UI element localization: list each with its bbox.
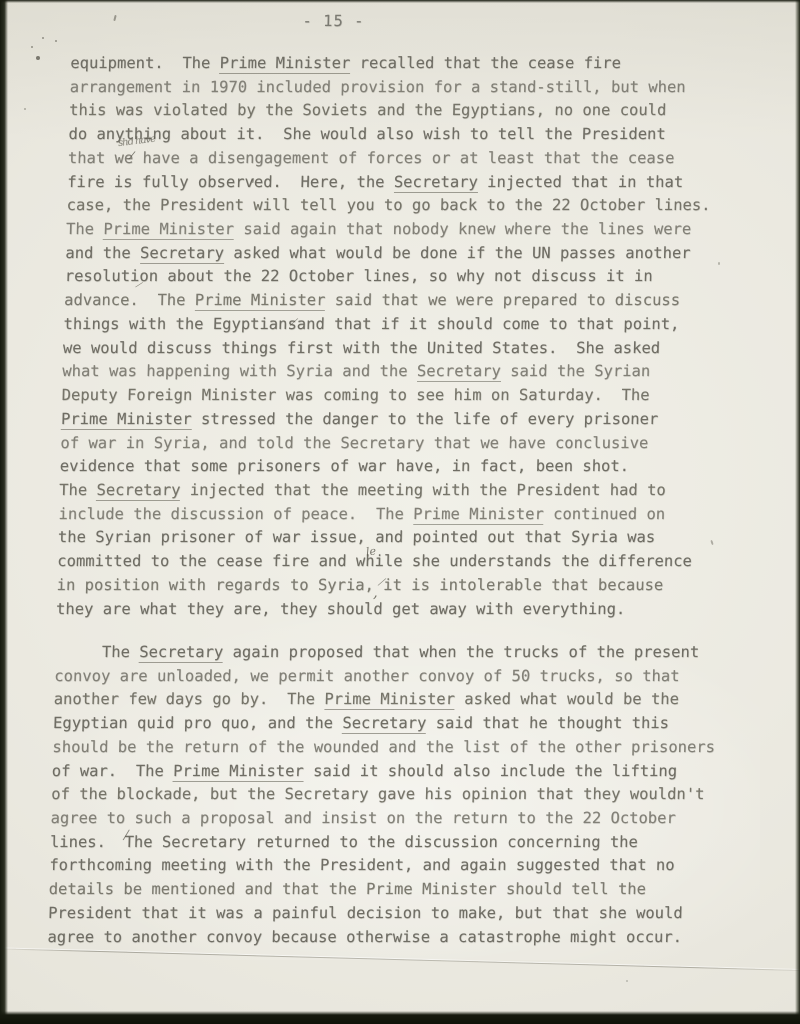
underlined-phrase: Secretary — [96, 481, 181, 501]
text-segment: they are what they are, they should get … — [56, 600, 626, 618]
paragraph: equipment. The Prime Minister recalled t… — [56, 52, 715, 621]
text-line: and the Secretary asked what would be do… — [65, 242, 710, 266]
text-line: President that it was a painful decision… — [48, 902, 711, 926]
text-line: evidence that some prisoners of war have… — [59, 455, 704, 479]
scan-edge-right — [795, 0, 800, 1024]
ink-speck — [24, 108, 26, 110]
text-segment: said again that nobody knew where the li… — [234, 220, 692, 238]
text-line: agree to another convoy because otherwis… — [47, 926, 710, 950]
text-segment: of the blockade, but the Secretary gave … — [51, 785, 705, 803]
text-segment: what was happening with Syria and the — [62, 362, 417, 380]
text-segment: arrangement in 1970 included provision f… — [69, 78, 685, 96]
text-line: another few days go by. The Prime Minist… — [53, 688, 716, 712]
text-segment: forthcoming meeting with the President, … — [49, 856, 675, 874]
text-segment: lines. The Secretary returned to the dis… — [50, 833, 638, 851]
text-segment: The — [66, 220, 104, 238]
text-segment: Deputy Foreign Minister was coming to se… — [61, 386, 649, 404]
ink-speck — [626, 980, 628, 982]
text-segment: President that it was a painful decision… — [48, 904, 683, 922]
text-segment: evidence that some prisoners of war have… — [60, 457, 630, 475]
text-segment: recalled that the cease fire — [350, 54, 621, 72]
text-line: of war in Syria, and told the Secretary … — [60, 432, 705, 456]
text-segment: injected that the meeting with the Presi… — [180, 481, 666, 499]
text-segment: this was violated by the Soviets and the… — [69, 101, 667, 119]
text-segment: another few days go by. The — [53, 690, 324, 708]
text-line: of the blockade, but the Secretary gave … — [51, 783, 714, 807]
underlined-phrase: Prime Minister — [219, 54, 350, 74]
text-line: Egyptian quid pro quo, and the Secretary… — [53, 712, 716, 736]
paragraph: The Secretary again proposed that when t… — [47, 641, 718, 949]
text-segment: do anything about it. She would also wis… — [68, 125, 666, 143]
text-segment: committed to the cease fire and while sh… — [57, 552, 692, 570]
text-segment: asked what would be done if the UN passe… — [224, 244, 691, 262]
text-segment: equipment. The — [70, 54, 220, 72]
text-segment: in position with regards to Syria, it is… — [56, 576, 663, 594]
text-line: should be the return of the wounded and … — [52, 736, 715, 760]
scanned-document-page: - 15 - equipment. The Prime Minister rec… — [0, 0, 800, 1024]
text-segment: things with the Egyptiansand that if it … — [63, 315, 679, 333]
text-line: The Secretary injected that the meeting … — [59, 479, 704, 503]
scan-edge-left — [0, 0, 8, 1024]
text-segment: advance. The — [64, 291, 195, 309]
text-segment: Egyptian quid pro quo, and the — [53, 714, 343, 732]
text-line: committed to the cease fire and while sh… — [57, 550, 702, 574]
ink-speck — [31, 46, 33, 48]
underlined-phrase: Prime Minister — [103, 220, 234, 240]
text-line: agree to such a proposal and insist on t… — [50, 807, 713, 831]
underlined-phrase: Secretary — [417, 362, 502, 382]
text-line: we would discuss things first with the U… — [63, 337, 708, 361]
text-segment: again proposed that when the trucks of t… — [223, 643, 699, 661]
text-line: resolution about the 22 October lines, s… — [64, 265, 709, 289]
underlined-phrase: Secretary — [394, 173, 479, 193]
text-line: the Syrian prisoner of war issue, and po… — [58, 526, 703, 550]
text-line: this was violated by the Soviets and the… — [69, 99, 714, 123]
text-segment: agree to such a proposal and insist on t… — [50, 809, 676, 827]
text-segment: asked what would be the — [455, 690, 679, 708]
text-segment: continued on — [544, 505, 666, 523]
text-line: arrangement in 1970 included provision f… — [69, 76, 714, 100]
underlined-phrase: Prime Minister — [61, 410, 192, 430]
underlined-phrase: Prime Minister — [413, 505, 544, 525]
text-segment: agree to another convoy because otherwis… — [47, 928, 682, 946]
text-line: that we have a disengagement of forces o… — [68, 147, 713, 171]
scan-edge-top — [0, 0, 800, 3]
text-segment: said it should also include the lifting — [304, 762, 678, 780]
text-line: details be mentioned and that the Prime … — [48, 878, 711, 902]
text-segment: said the Syrian — [501, 362, 651, 380]
text-line: equipment. The Prime Minister recalled t… — [70, 52, 715, 76]
text-line: case, the President will tell you to go … — [66, 194, 711, 218]
scan-edge-bottom — [0, 1011, 800, 1024]
text-segment: of war. The — [52, 762, 174, 780]
text-line: things with the Egyptiansand that if it … — [63, 313, 708, 337]
text-segment: said that he thought this — [426, 714, 669, 732]
text-segment: and the — [65, 244, 140, 262]
underlined-phrase: Prime Minister — [173, 762, 304, 782]
underlined-phrase: Secretary — [139, 643, 224, 663]
text-segment: should be the return of the wounded and … — [52, 738, 715, 756]
text-segment: convoy are unloaded, we permit another c… — [54, 667, 680, 685]
ink-speck — [55, 40, 57, 42]
text-line: of war. The Prime Minister said it shoul… — [51, 760, 714, 784]
underlined-phrase: Prime Minister — [195, 291, 326, 311]
text-line: advance. The Prime Minister said that we… — [64, 289, 709, 313]
text-line: they are what they are, they should get … — [56, 598, 701, 622]
underlined-phrase: Secretary — [140, 244, 225, 264]
text-line: The Prime Minister said again that nobod… — [66, 218, 711, 242]
text-line: lines. The Secretary returned to the dis… — [50, 831, 713, 855]
ink-speck — [42, 37, 44, 39]
underlined-phrase: Secretary — [342, 714, 427, 734]
page-number: - 15 - — [302, 12, 364, 30]
text-segment: The — [59, 481, 97, 499]
text-segment: we would discuss things first with the U… — [63, 339, 661, 357]
text-line: The Secretary again proposed that when t… — [55, 641, 718, 665]
underlined-phrase: Prime Minister — [324, 690, 455, 710]
text-line: in position with regards to Syria, it is… — [56, 574, 701, 598]
text-segment: include the discussion of peace. The — [58, 505, 413, 523]
text-segment: The — [102, 643, 140, 661]
typewritten-text-block: - 15 - equipment. The Prime Minister rec… — [0, 0, 800, 1024]
text-line: fire is fully observed. Here, the Secret… — [67, 171, 712, 195]
text-line: do anything about it. She would also wis… — [68, 123, 713, 147]
text-segment: stressed the danger to the life of every… — [191, 410, 658, 428]
text-line: Deputy Foreign Minister was coming to se… — [61, 384, 706, 408]
ink-speck — [718, 262, 720, 265]
text-segment: case, the President will tell you to go … — [66, 196, 710, 214]
text-segment: said that we were prepared to discuss — [325, 291, 680, 309]
text-segment: injected that in that — [478, 173, 684, 191]
text-segment: resolution about the 22 October lines, s… — [65, 267, 653, 285]
ink-speck — [36, 56, 40, 60]
text-line: convoy are unloaded, we permit another c… — [54, 665, 717, 689]
text-segment: the Syrian prisoner of war issue, and po… — [58, 528, 656, 546]
text-line: Prime Minister stressed the danger to th… — [61, 408, 706, 432]
text-segment: fire is fully observed. Here, the — [67, 173, 394, 191]
text-segment: that we have a disengagement of forces o… — [68, 149, 675, 167]
text-line: forthcoming meeting with the President, … — [49, 854, 712, 878]
text-line: include the discussion of peace. The Pri… — [58, 503, 703, 527]
text-segment: details be mentioned and that the Prime … — [48, 880, 646, 898]
text-line: what was happening with Syria and the Se… — [62, 360, 707, 384]
text-segment: of war in Syria, and told the Secretary … — [60, 434, 648, 452]
